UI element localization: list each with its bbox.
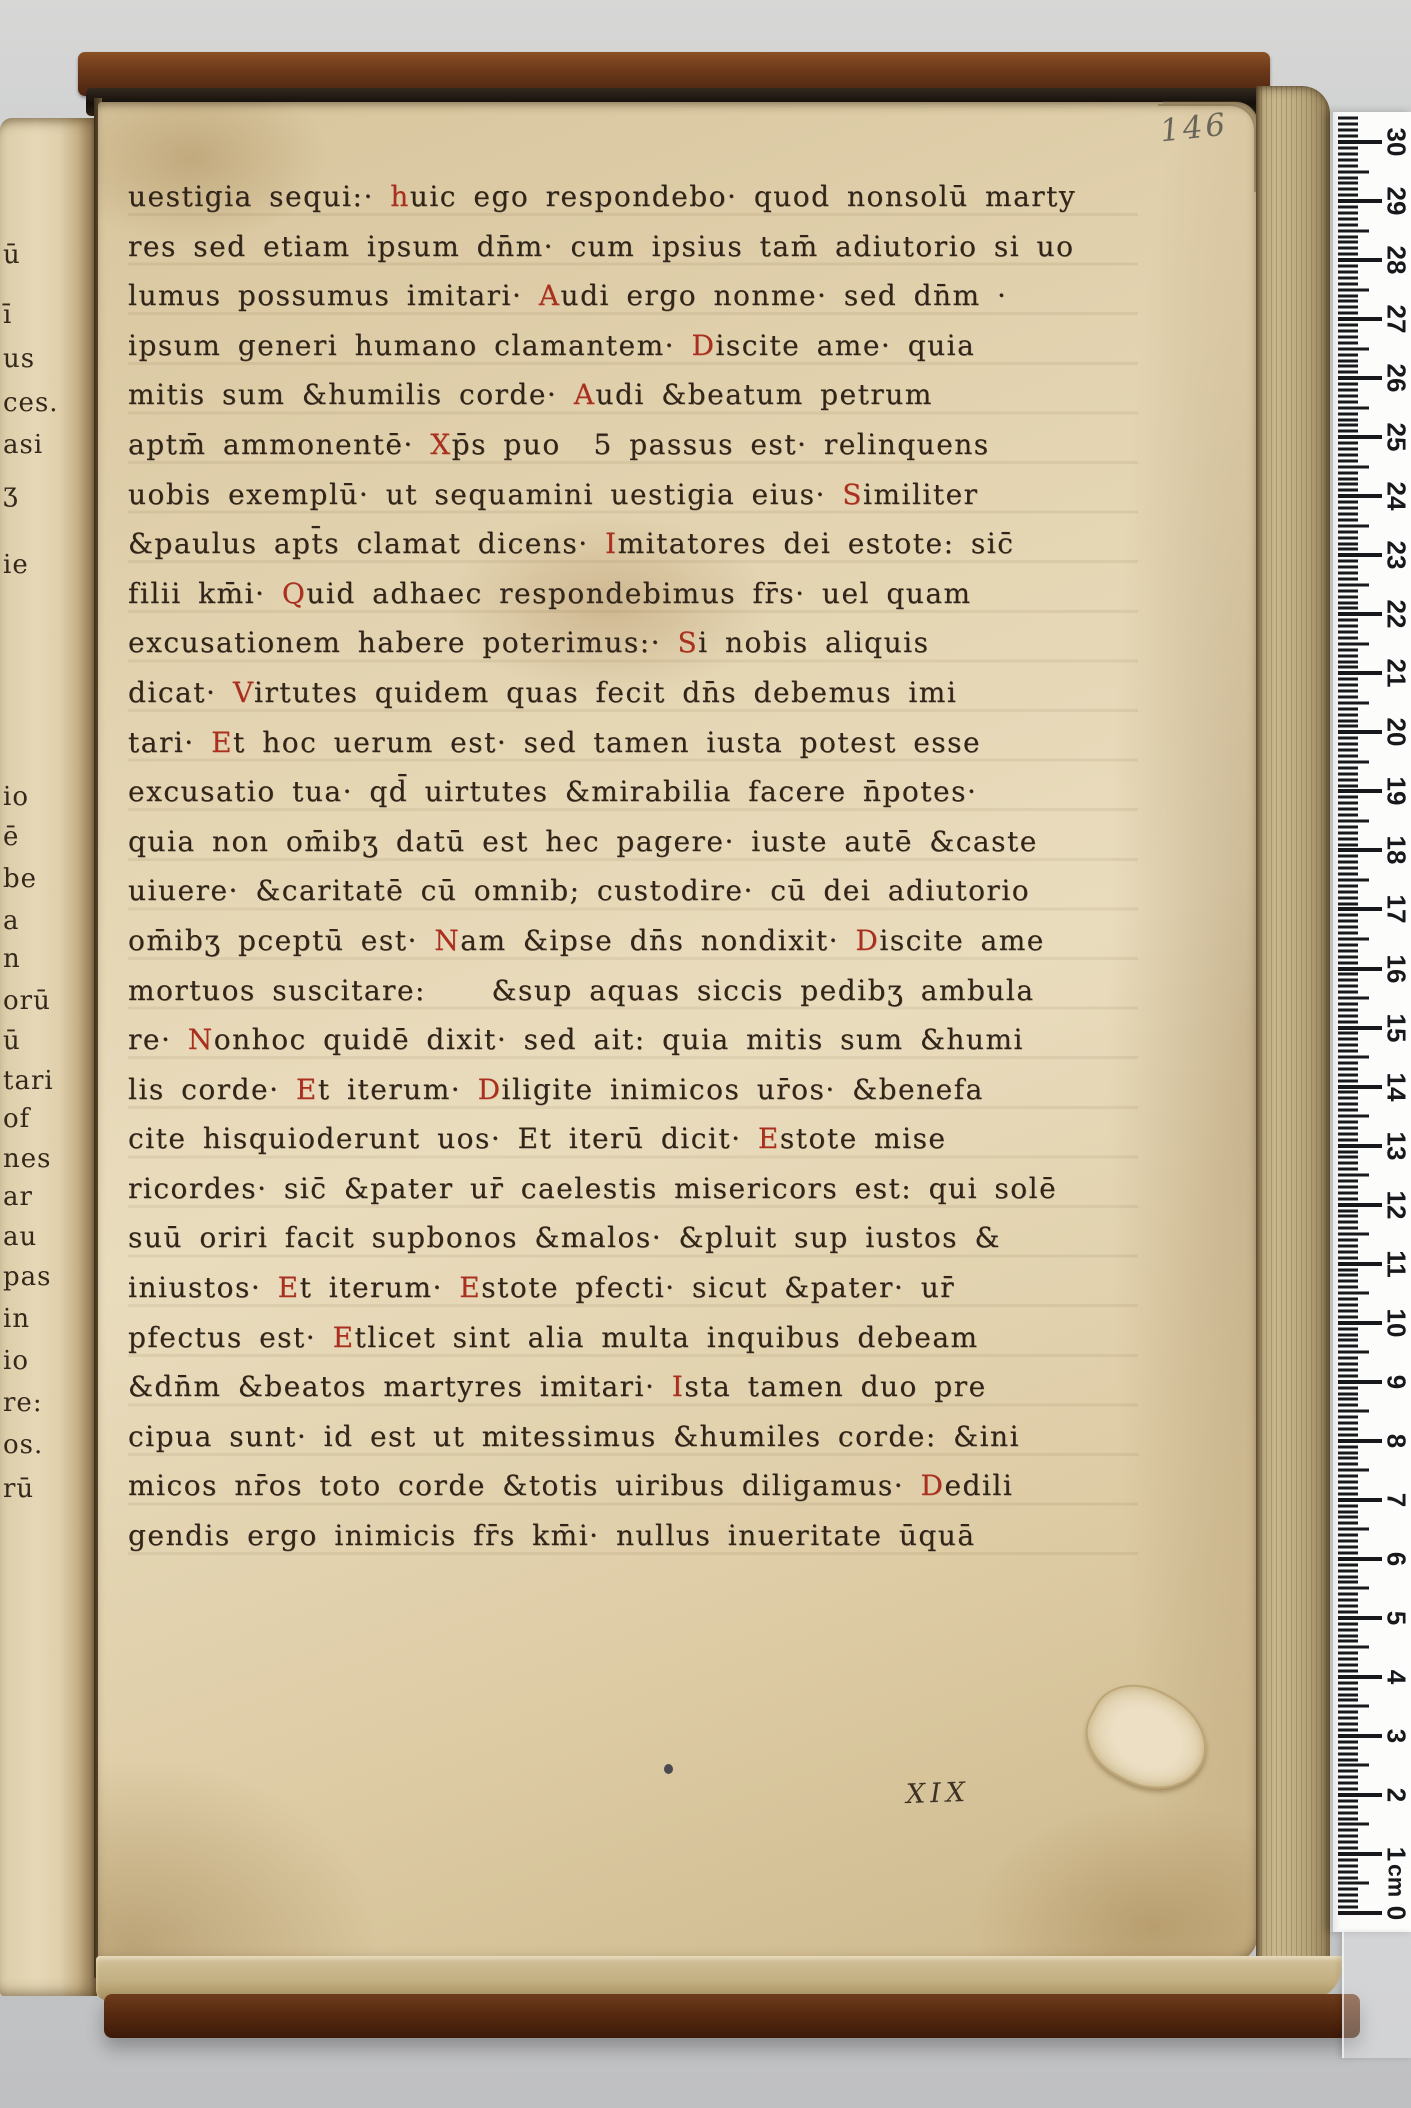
ruler-tick bbox=[1338, 164, 1358, 167]
ruler-tick bbox=[1338, 1268, 1358, 1271]
ruler-tick bbox=[1338, 1174, 1369, 1177]
ruler-tick bbox=[1338, 577, 1358, 580]
ruler-tick bbox=[1338, 625, 1358, 628]
ruler-number: 6 bbox=[1381, 1544, 1411, 1574]
ruler-tick bbox=[1338, 1422, 1358, 1425]
ruler-number: 23 bbox=[1381, 540, 1411, 570]
ruler-scale: 0123456789101112131415161718192021222324… bbox=[1333, 112, 1411, 1932]
ruler-tick bbox=[1338, 518, 1358, 521]
ruler-tick bbox=[1338, 1097, 1358, 1100]
ruler-tick bbox=[1338, 241, 1358, 244]
ruler-tick bbox=[1338, 1008, 1358, 1011]
ruler-tick bbox=[1338, 465, 1369, 468]
ruler-tick bbox=[1338, 394, 1358, 397]
ruler-tick bbox=[1338, 435, 1382, 439]
ruler-tick bbox=[1338, 1664, 1358, 1667]
ruler-tick bbox=[1338, 1894, 1358, 1897]
facing-page-text-fragment: os. bbox=[3, 1430, 43, 1460]
ruler-tick bbox=[1338, 1056, 1369, 1059]
ruler-tick bbox=[1338, 176, 1358, 179]
ruler-tick bbox=[1338, 1109, 1358, 1112]
ruler-tick bbox=[1338, 654, 1358, 657]
ruler-tick bbox=[1338, 1534, 1358, 1537]
ruler-tick bbox=[1338, 507, 1358, 510]
rubricated-initial: D bbox=[691, 329, 715, 362]
ruler-tick bbox=[1338, 1469, 1369, 1472]
manuscript-line: quia non om̄ibʒ datū est hec pagere· ius… bbox=[128, 825, 1138, 875]
facing-page-text-fragment: ē bbox=[3, 822, 19, 852]
manuscript-line: excusatio tua· qd̄ uirtutes &mirabilia f… bbox=[128, 775, 1138, 825]
ruler-tick bbox=[1338, 1858, 1358, 1861]
ruler-tick bbox=[1338, 376, 1382, 380]
ruler-tick bbox=[1338, 1864, 1358, 1867]
ruler-number: 11 bbox=[1381, 1249, 1411, 1279]
ruler-number: 16 bbox=[1381, 954, 1411, 984]
ruler-tick bbox=[1338, 878, 1369, 881]
ruler-number: 24 bbox=[1381, 481, 1411, 511]
ruler-tick bbox=[1338, 636, 1358, 639]
ruler-tick bbox=[1338, 1150, 1358, 1153]
rubricated-initial: A bbox=[574, 378, 596, 411]
facing-page-text-fragment: orū bbox=[3, 986, 51, 1016]
ruler-tick bbox=[1338, 1522, 1358, 1525]
ruler-tick bbox=[1338, 1587, 1369, 1590]
ruler-number: 9 bbox=[1381, 1367, 1411, 1397]
manuscript-line: pfectus est· Etlicet sint alia multa inq… bbox=[128, 1321, 1138, 1371]
ruler-tick bbox=[1338, 1492, 1358, 1495]
ruler-tick bbox=[1338, 1309, 1358, 1312]
ruler-tick bbox=[1338, 631, 1358, 634]
ruler-number: 2 bbox=[1381, 1780, 1411, 1810]
ruler-tick bbox=[1338, 140, 1382, 144]
ruler-tick bbox=[1338, 512, 1358, 515]
ruler-tick bbox=[1338, 1817, 1358, 1820]
ruler-tick bbox=[1338, 1888, 1358, 1891]
ruler-tick bbox=[1338, 1280, 1358, 1283]
ruler-tick bbox=[1338, 1835, 1358, 1838]
ruler-tick bbox=[1338, 997, 1369, 1000]
ruler-tick bbox=[1338, 1368, 1358, 1371]
manuscript-line: lumus possumus imitari· Audi ergo nonme·… bbox=[128, 279, 1138, 329]
manuscript-line: lis corde· Et iterum· Diligite inimicos … bbox=[128, 1073, 1138, 1123]
facing-page-text-fragment: a bbox=[3, 906, 20, 936]
ruler-tick bbox=[1338, 1764, 1369, 1767]
ruler-tick bbox=[1338, 1693, 1358, 1696]
ruler-tick bbox=[1338, 306, 1358, 309]
ruler-tick bbox=[1338, 890, 1358, 893]
rubricated-initial: E bbox=[459, 1271, 481, 1304]
ruler-tick bbox=[1338, 424, 1358, 427]
ruler-tick bbox=[1338, 1209, 1358, 1212]
ruler-tick bbox=[1338, 1752, 1358, 1755]
ruler-tick bbox=[1338, 1427, 1358, 1430]
ruler-tick bbox=[1338, 802, 1358, 805]
ruler-tick bbox=[1338, 459, 1358, 462]
ruler-tick bbox=[1338, 1847, 1358, 1850]
ruler-tick bbox=[1338, 1050, 1358, 1053]
manuscript-line: re· Nonhoc quidē dixit· sed ait: quia mi… bbox=[128, 1023, 1138, 1073]
ruler-tick bbox=[1338, 1416, 1358, 1419]
ruler-tick bbox=[1338, 199, 1382, 203]
ruler-tick bbox=[1338, 477, 1358, 480]
ruler-tick bbox=[1338, 489, 1358, 492]
ruler-tick bbox=[1338, 1392, 1358, 1395]
ruler-tick bbox=[1338, 1351, 1369, 1354]
manuscript-line: ipsum generi humano clamantem· Discite a… bbox=[128, 329, 1138, 379]
ruler-tick bbox=[1338, 117, 1358, 120]
ruler-tick bbox=[1338, 282, 1358, 285]
manuscript-page: 146 uestigia sequi:· huic ego respondebo… bbox=[98, 102, 1258, 1964]
ruler-tick bbox=[1338, 1486, 1358, 1489]
manuscript-line: mitis sum &humilis corde· Audi &beatum p… bbox=[128, 378, 1138, 428]
ruler-tick bbox=[1338, 1244, 1358, 1247]
ruler-tick bbox=[1338, 1799, 1358, 1802]
ruler-tick bbox=[1338, 1669, 1358, 1672]
manuscript-line: uiuere· &caritatē cū omnib; custodire· c… bbox=[128, 874, 1138, 924]
ruler-tick bbox=[1338, 1115, 1369, 1118]
ruler-tick bbox=[1338, 1256, 1358, 1259]
ruler-number: 27 bbox=[1381, 304, 1411, 334]
ruler-tick bbox=[1338, 743, 1358, 746]
ruler-tick bbox=[1338, 442, 1358, 445]
ruler-tick bbox=[1338, 1345, 1358, 1348]
rubricated-initial: S bbox=[842, 478, 863, 511]
ruler-tick bbox=[1338, 914, 1358, 917]
ruler-tick bbox=[1338, 772, 1358, 775]
ruler-tick bbox=[1338, 1687, 1358, 1690]
ruler-tick bbox=[1338, 1563, 1358, 1566]
manuscript-line: cite hisquioderunt uos· Et iterū dicit· … bbox=[128, 1122, 1138, 1172]
ruler-tick bbox=[1338, 483, 1358, 486]
ruler-tick bbox=[1338, 1262, 1382, 1266]
manuscript-line: suū oriri facit supbonos &malos· &pluit … bbox=[128, 1221, 1138, 1271]
ink-dot bbox=[664, 1764, 673, 1774]
ruler-tick bbox=[1338, 1197, 1358, 1200]
ruler-number: 3 bbox=[1381, 1721, 1411, 1751]
ruler-tick bbox=[1338, 755, 1358, 758]
ruler-tick bbox=[1338, 294, 1358, 297]
ruler-tick bbox=[1338, 471, 1358, 474]
ruler-tick bbox=[1338, 1203, 1382, 1207]
ruler-tick bbox=[1338, 1634, 1358, 1637]
ruler-tick bbox=[1338, 1882, 1369, 1885]
manuscript-line: om̄ibʒ pceptū est· Nam &ipse dn̄s nondix… bbox=[128, 924, 1138, 974]
ruler-tick bbox=[1338, 412, 1358, 415]
manuscript-line: excusationem habere poterimus:· Si nobis… bbox=[128, 626, 1138, 676]
ruler-tick bbox=[1338, 1699, 1358, 1702]
manuscript-line: aptm̄ ammonentē· Xp̄s puo 5 passus est· … bbox=[128, 428, 1138, 478]
ruler-tick bbox=[1338, 949, 1358, 952]
ruler-tick bbox=[1338, 737, 1358, 740]
ruler-tick bbox=[1338, 1227, 1358, 1230]
facing-page-text-fragment: nes bbox=[3, 1144, 51, 1174]
ruler-tick bbox=[1338, 182, 1358, 185]
ruler-tick bbox=[1338, 725, 1358, 728]
ruler-tick bbox=[1338, 1374, 1358, 1377]
manuscript-line: uestigia sequi:· huic ego respondebo· qu… bbox=[128, 180, 1138, 230]
ruler-tick bbox=[1338, 619, 1358, 622]
manuscript-line: &paulus apt̄s clamat dicens· Imitatores … bbox=[128, 527, 1138, 577]
ruler-tick bbox=[1338, 453, 1358, 456]
ruler-tick bbox=[1338, 1557, 1382, 1561]
rubricated-initial: V bbox=[233, 676, 254, 709]
ruler-tick bbox=[1338, 1829, 1358, 1832]
ruler-tick bbox=[1338, 684, 1358, 687]
ruler-tick bbox=[1338, 1900, 1358, 1903]
ruler-tick bbox=[1338, 265, 1358, 268]
ruler-tick bbox=[1338, 1516, 1358, 1519]
ruler-tick bbox=[1338, 1906, 1358, 1909]
ruler-tick bbox=[1338, 943, 1358, 946]
ruler-tick bbox=[1338, 158, 1358, 161]
ruler-tick bbox=[1338, 1870, 1358, 1873]
ruler-tick bbox=[1338, 1504, 1358, 1507]
ruler-tick bbox=[1338, 229, 1369, 232]
ruler-tick bbox=[1338, 1746, 1358, 1749]
ruler-tick bbox=[1338, 1233, 1369, 1236]
facing-page-text-fragment: re: bbox=[3, 1388, 43, 1418]
ruler-tick bbox=[1338, 365, 1358, 368]
ruler-tick bbox=[1338, 778, 1358, 781]
ruler-number: 30 bbox=[1381, 127, 1411, 157]
facing-page-text-fragment: ar bbox=[3, 1182, 33, 1212]
facing-page-text-fragment: tari bbox=[3, 1066, 54, 1096]
facing-page: ūīusces.asiʒieioēbeanorūūtariofnesaraupa… bbox=[0, 118, 97, 1996]
ruler-tick bbox=[1338, 1445, 1358, 1448]
ruler-tick bbox=[1338, 1274, 1358, 1277]
ruler-tick bbox=[1338, 1239, 1358, 1242]
ruler-tick bbox=[1338, 553, 1382, 557]
ruler-tick bbox=[1338, 796, 1358, 799]
facing-page-text-fragment: ū bbox=[3, 1026, 21, 1056]
ruler-tick bbox=[1338, 1546, 1358, 1549]
ruler-tick bbox=[1338, 1599, 1358, 1602]
facing-page-text-fragment: au bbox=[3, 1222, 37, 1252]
ruler-tick bbox=[1338, 1091, 1358, 1094]
ruler-tick bbox=[1338, 400, 1358, 403]
ruler-tick bbox=[1338, 1103, 1358, 1106]
ruler-tick bbox=[1338, 1652, 1358, 1655]
manuscript-line: ricordes· sic̄ &pater ur̄ caelestis mise… bbox=[128, 1172, 1138, 1222]
manuscript-line: res sed etiam ipsum dn̄m· cum ipsius tam… bbox=[128, 230, 1138, 280]
ruler-tick bbox=[1338, 837, 1358, 840]
ruler-tick bbox=[1338, 902, 1358, 905]
ruler-tick bbox=[1338, 494, 1382, 498]
ruler-tick bbox=[1338, 1622, 1358, 1625]
ruler-tick bbox=[1338, 1404, 1358, 1407]
ruler-clear-plastic-edge bbox=[1342, 1932, 1411, 2058]
manuscript-line: gendis ergo inimicis fr̄s km̄i· nullus i… bbox=[128, 1519, 1138, 1569]
ruler-tick bbox=[1338, 152, 1358, 155]
ruler-tick bbox=[1338, 843, 1358, 846]
ruler-tick bbox=[1338, 1646, 1369, 1649]
ruler-tick bbox=[1338, 789, 1382, 793]
ruler-tick bbox=[1338, 371, 1358, 374]
facing-page-text-fragment: n bbox=[3, 944, 21, 974]
ruler-tick bbox=[1338, 1723, 1358, 1726]
rubricated-initial: h bbox=[390, 180, 410, 213]
facing-page-text-fragment: rū bbox=[3, 1474, 34, 1504]
ruler-tick bbox=[1338, 1628, 1358, 1631]
ruler-tick bbox=[1338, 1180, 1358, 1183]
facing-page-text-fragment: in bbox=[3, 1304, 30, 1334]
ruler-tick bbox=[1338, 536, 1358, 539]
rubricated-initial: E bbox=[211, 726, 233, 759]
ruler-tick bbox=[1338, 1357, 1358, 1360]
ruler-tick bbox=[1338, 1788, 1358, 1791]
page-edges-right bbox=[1256, 86, 1330, 1992]
ruler-tick bbox=[1338, 501, 1358, 504]
manuscript-line: iniustos· Et iterum· Estote pfecti· sicu… bbox=[128, 1271, 1138, 1321]
ruler-tick bbox=[1338, 276, 1358, 279]
ruler-tick bbox=[1338, 247, 1358, 250]
ruler-tick bbox=[1338, 749, 1358, 752]
facing-page-text-fragment: asi bbox=[3, 430, 43, 460]
ruler-tick bbox=[1338, 1044, 1358, 1047]
rubricated-initial: S bbox=[677, 626, 698, 659]
facing-page-text-fragment: ʒ bbox=[3, 478, 19, 508]
ruler-unit-label: cm bbox=[1383, 1864, 1410, 1894]
ruler-tick bbox=[1338, 1120, 1358, 1123]
ruler-tick bbox=[1338, 1144, 1382, 1148]
ruler-number: 22 bbox=[1381, 599, 1411, 629]
ruler-tick bbox=[1338, 1333, 1358, 1336]
ruler-number: 26 bbox=[1381, 363, 1411, 393]
ruler-tick bbox=[1338, 1451, 1358, 1454]
ruler-tick bbox=[1338, 1876, 1358, 1879]
manuscript-line: uobis exemplū· ut sequamini uestigia eiu… bbox=[128, 478, 1138, 528]
ruler-tick bbox=[1338, 1303, 1358, 1306]
facing-page-text-fragment: of bbox=[3, 1104, 30, 1134]
rubricated-initial: E bbox=[758, 1122, 780, 1155]
ruler-tick bbox=[1338, 1162, 1358, 1165]
ruler-tick bbox=[1338, 766, 1358, 769]
ruler-tick bbox=[1338, 1002, 1358, 1005]
ruler-tick bbox=[1338, 973, 1358, 976]
ruler-tick bbox=[1338, 1782, 1358, 1785]
rubricated-initial: A bbox=[539, 279, 561, 312]
ruler-tick bbox=[1338, 1339, 1358, 1342]
ruler-tick bbox=[1338, 258, 1382, 262]
ruler-tick bbox=[1338, 713, 1358, 716]
rubricated-initial: E bbox=[296, 1073, 318, 1106]
ruler-number: 14 bbox=[1381, 1072, 1411, 1102]
ruler-tick bbox=[1338, 1770, 1358, 1773]
facing-page-text-fragment: pas bbox=[3, 1262, 52, 1292]
ruler-tick bbox=[1338, 1610, 1358, 1613]
ruler-tick bbox=[1338, 235, 1358, 238]
ruler-tick bbox=[1338, 1132, 1358, 1135]
ruler-tick bbox=[1338, 194, 1358, 197]
ruler-tick bbox=[1338, 1551, 1358, 1554]
facing-page-text-fragment: ī bbox=[3, 300, 12, 330]
ruler-tick bbox=[1338, 1156, 1358, 1159]
ruler-tick bbox=[1338, 1215, 1358, 1218]
ruler-tick bbox=[1338, 660, 1358, 663]
ruler-tick bbox=[1338, 524, 1369, 527]
ruler-number: 20 bbox=[1381, 717, 1411, 747]
ruler-tick bbox=[1338, 1079, 1358, 1082]
ruler-tick bbox=[1338, 855, 1358, 858]
facing-page-text-fragment: ces. bbox=[3, 388, 59, 418]
ruler-tick bbox=[1338, 678, 1358, 681]
ruler-tick bbox=[1338, 1793, 1382, 1797]
rubricated-initial: X bbox=[430, 428, 451, 461]
ruler-tick bbox=[1338, 347, 1369, 350]
manuscript-photo: ūīusces.asiʒieioēbeanorūūtariofnesaraupa… bbox=[0, 0, 1411, 2108]
ruler-tick bbox=[1338, 1823, 1369, 1826]
ruler-tick bbox=[1338, 920, 1358, 923]
manuscript-line: dicat· Virtutes quidem quas fecit dn̄s d… bbox=[128, 676, 1138, 726]
ruler-tick bbox=[1338, 1740, 1358, 1743]
ruler-tick bbox=[1338, 1581, 1358, 1584]
manuscript-line: tari· Et hoc uerum est· sed tamen iusta … bbox=[128, 726, 1138, 776]
ruler-tick bbox=[1338, 1026, 1382, 1030]
ruler-number: 12 bbox=[1381, 1190, 1411, 1220]
ruler-tick bbox=[1338, 1463, 1358, 1466]
rubricated-initial: N bbox=[434, 924, 460, 957]
ruler-tick bbox=[1338, 1032, 1358, 1035]
ruler-tick bbox=[1338, 1321, 1382, 1325]
ruler-tick bbox=[1338, 566, 1358, 569]
ruler-tick bbox=[1338, 814, 1358, 817]
ruler-tick bbox=[1338, 666, 1358, 669]
ruler-tick bbox=[1338, 979, 1358, 982]
ruler-tick bbox=[1338, 418, 1358, 421]
ruler-tick bbox=[1338, 1729, 1358, 1732]
ruler-tick bbox=[1338, 642, 1369, 645]
ruler-tick bbox=[1338, 1014, 1358, 1017]
ruler-tick bbox=[1338, 1605, 1358, 1608]
rubricated-initial: Q bbox=[282, 577, 306, 610]
text-block: uestigia sequi:· huic ego respondebo· qu… bbox=[128, 180, 1138, 1580]
ruler-number: 5 bbox=[1381, 1603, 1411, 1633]
ruler-tick bbox=[1338, 690, 1358, 693]
ruler-tick bbox=[1338, 211, 1358, 214]
ruler-tick bbox=[1338, 848, 1382, 852]
parchment-patch bbox=[1071, 1667, 1224, 1809]
ruler-tick bbox=[1338, 719, 1358, 722]
ruler-tick bbox=[1338, 819, 1369, 822]
ruler-tick bbox=[1338, 1439, 1382, 1443]
ruler-tick bbox=[1338, 1191, 1358, 1194]
ruler-tick bbox=[1338, 1705, 1369, 1708]
ruler-tick bbox=[1338, 907, 1382, 911]
ruler-tick bbox=[1338, 129, 1358, 132]
ruler-tick bbox=[1338, 1481, 1358, 1484]
ruler-tick bbox=[1338, 288, 1369, 291]
ruler-tick bbox=[1338, 695, 1358, 698]
ruler-tick bbox=[1338, 1540, 1358, 1543]
ruler-tick bbox=[1338, 1528, 1369, 1531]
ruler-number: 19 bbox=[1381, 776, 1411, 806]
ruler-number: 29 bbox=[1381, 186, 1411, 216]
ruler-tick bbox=[1338, 595, 1358, 598]
rubricated-initial: D bbox=[478, 1073, 502, 1106]
ruler-tick bbox=[1338, 1852, 1382, 1856]
facing-page-text-fragment: ie bbox=[3, 550, 29, 580]
ruler-tick bbox=[1338, 991, 1358, 994]
ruler-tick bbox=[1338, 1658, 1358, 1661]
ruler-tick bbox=[1338, 317, 1382, 321]
manuscript-line: micos nr̄os toto corde &totis uiribus di… bbox=[128, 1469, 1138, 1519]
ruler-tick bbox=[1338, 1616, 1382, 1620]
ruler-tick bbox=[1338, 1286, 1358, 1289]
ruler-tick bbox=[1338, 784, 1358, 787]
ruler-tick bbox=[1338, 188, 1358, 191]
ruler-tick bbox=[1338, 1221, 1358, 1224]
ruler-tick bbox=[1338, 1138, 1358, 1141]
